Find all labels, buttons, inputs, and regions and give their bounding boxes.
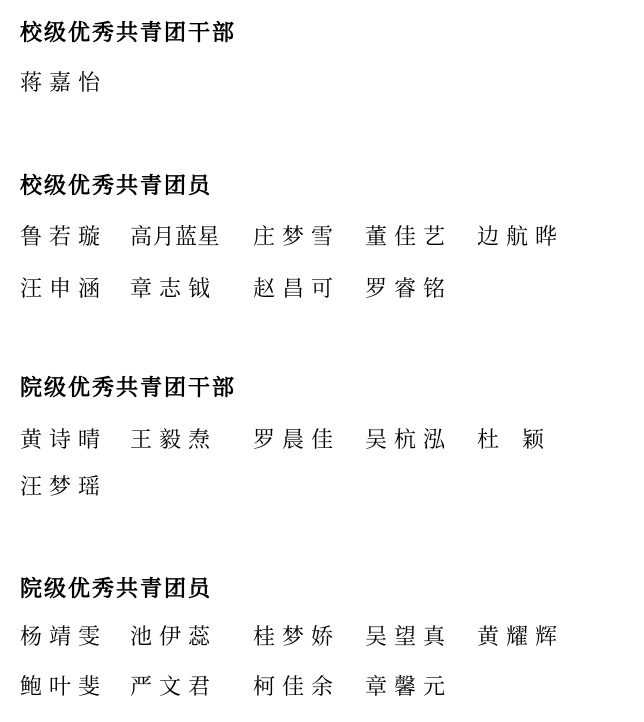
person-name: 章志钺	[130, 276, 217, 302]
person-name: 柯佳余	[253, 674, 340, 700]
name-row: 汪申涵 章志钺 赵昌可 罗睿铭	[20, 276, 644, 304]
person-name: 汪梦瑶	[20, 474, 107, 500]
person-name: 汪申涵	[20, 276, 107, 302]
person-name: 鲍叶斐	[20, 674, 107, 700]
person-name: 罗晨佳	[253, 427, 340, 453]
section-title-school-members: 校级优秀共青团员	[20, 173, 212, 201]
name-row: 鲁若璇 高月蓝星 庄梦雪 董佳艺 边航晔	[20, 224, 644, 252]
person-name: 庄梦雪	[253, 224, 340, 250]
person-name: 杨靖雯	[20, 624, 107, 650]
section-title-school-cadres: 校级优秀共青团干部	[20, 20, 236, 48]
name-row: 蒋嘉怡	[20, 70, 644, 98]
name-row: 杨靖雯 池伊蕊 桂梦娇 吴望真 黄耀辉	[20, 624, 644, 652]
name-row: 鲍叶斐 严文君 柯佳余 章馨元	[20, 674, 644, 702]
person-name: 杜 颖	[477, 427, 545, 453]
person-name: 黄耀辉	[477, 624, 564, 650]
person-name: 黄诗晴	[20, 427, 107, 453]
person-name: 罗睿铭	[365, 276, 452, 302]
person-name: 严文君	[130, 674, 217, 700]
person-name: 吴望真	[365, 624, 452, 650]
person-name: 蒋嘉怡	[20, 70, 107, 96]
person-name: 章馨元	[365, 674, 452, 700]
person-name: 高月蓝星	[130, 224, 220, 250]
person-name: 吴杭泓	[365, 427, 452, 453]
person-name: 边航晔	[477, 224, 564, 250]
person-name: 桂梦娇	[253, 624, 340, 650]
name-row: 黄诗晴 王毅焘 罗晨佳 吴杭泓 杜 颖	[20, 427, 644, 455]
section-title-college-members: 院级优秀共青团员	[20, 576, 212, 604]
person-name: 王毅焘	[130, 427, 217, 453]
name-row: 汪梦瑶	[20, 474, 644, 502]
document-page: 校级优秀共青团干部 蒋嘉怡 校级优秀共青团员 鲁若璇 高月蓝星 庄梦雪 董佳艺 …	[0, 0, 644, 722]
person-name: 赵昌可	[253, 276, 340, 302]
section-title-college-cadres: 院级优秀共青团干部	[20, 375, 236, 403]
person-name: 鲁若璇	[20, 224, 107, 250]
person-name: 池伊蕊	[130, 624, 217, 650]
person-name: 董佳艺	[365, 224, 452, 250]
